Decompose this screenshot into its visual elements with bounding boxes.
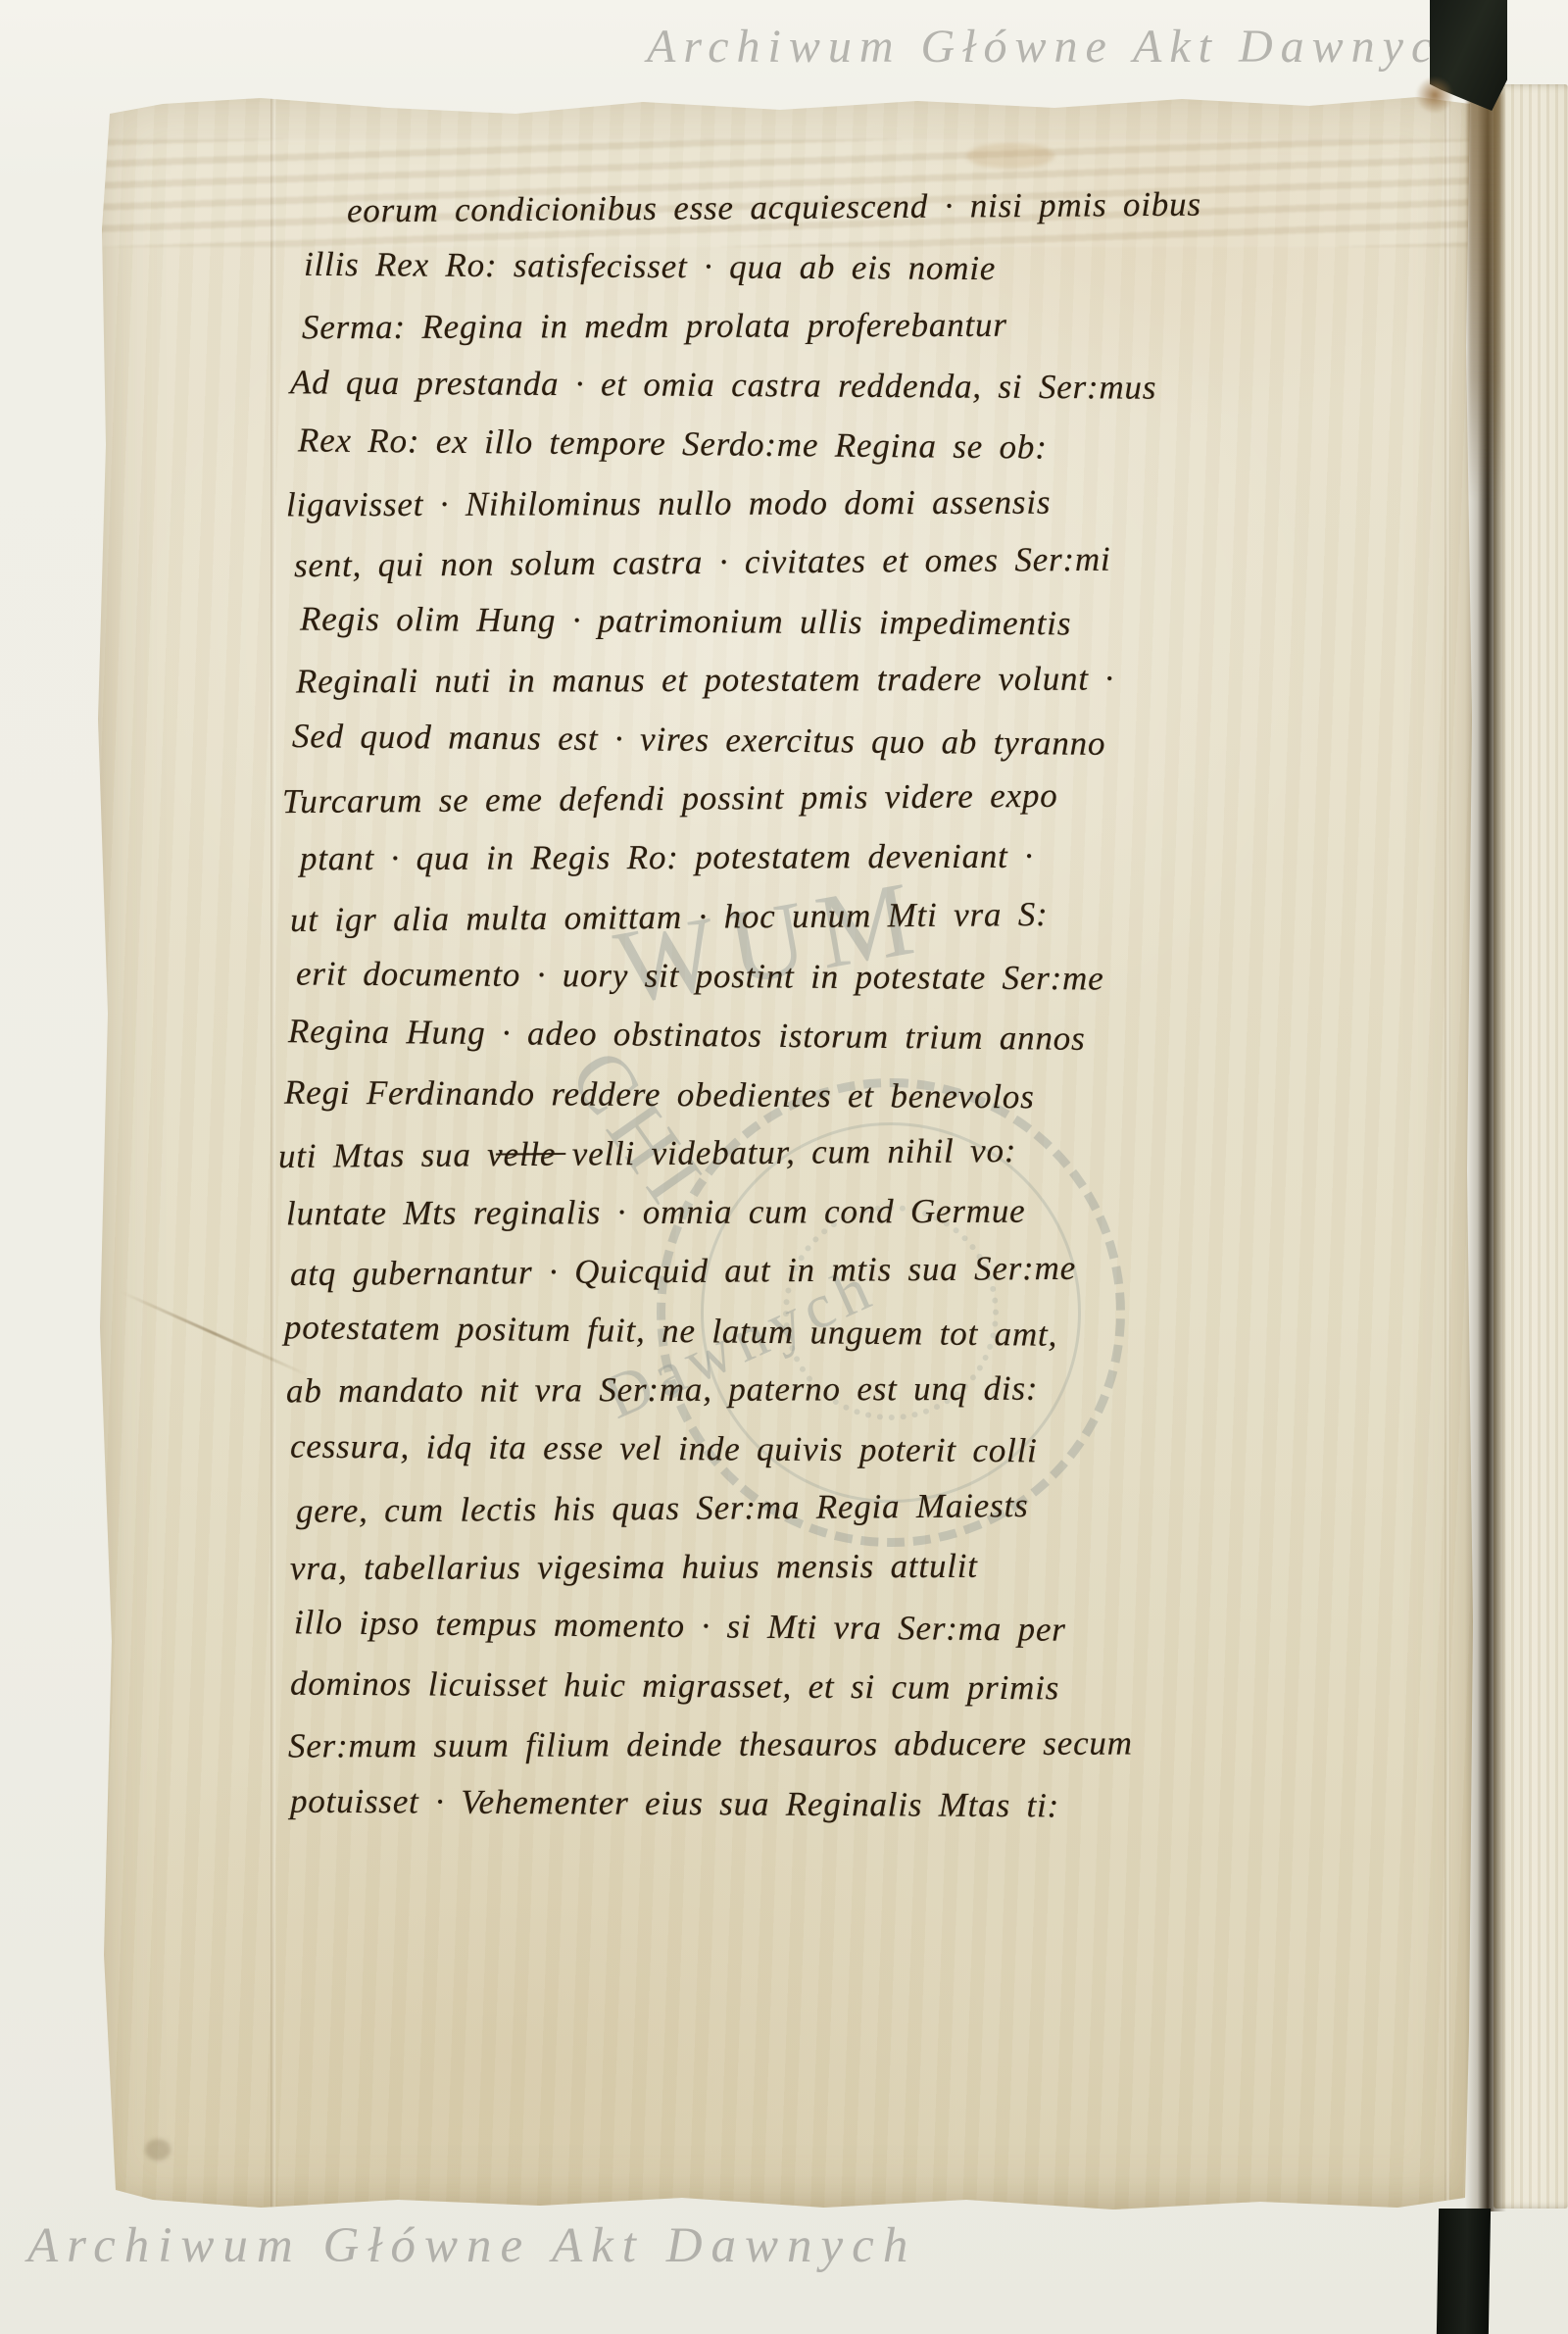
ribbon-glue-smudge	[1415, 76, 1454, 114]
manuscript-text-block: eorum condicionibus esse acquiescend · n…	[94, 92, 1476, 2217]
manuscript-line: Regis olim Hung · patrimonium ullis impe…	[300, 600, 1071, 644]
manuscript-line: eorum condicionibus esse acquiescend · n…	[347, 185, 1201, 231]
manuscript-line: ptant · qua in Regis Ro: potestatem deve…	[300, 837, 1034, 879]
manuscript-line: illis Rex Ro: satisfecisset · qua ab eis…	[304, 245, 996, 288]
manuscript-line: Ser:mum suum filium deinde thesauros abd…	[288, 1723, 1133, 1765]
manuscript-line: uti Mtas sua v̶e̶l̶l̶e̶ velli videbatur,…	[278, 1131, 1017, 1176]
manuscript-line: vra, tabellarius vigesima huius mensis a…	[290, 1547, 978, 1588]
manuscript-line: dominos licuisset huic migrasset, et si …	[290, 1664, 1059, 1708]
ink-stain	[1307, 86, 1329, 102]
manuscript-line: Regina Hung · adeo obstinatos istorum tr…	[288, 1012, 1086, 1059]
manuscript-line: Sed quod manus est · vires exercitus quo…	[292, 717, 1106, 764]
manuscript-line: sent, qui non solum castra · civitates e…	[294, 540, 1111, 586]
manuscript-line: Rex Ro: ex illo tempore Serdo:me Regina …	[298, 422, 1048, 468]
manuscript-line: Serma: Regina in medm prolata profereban…	[302, 305, 1007, 347]
manuscript-line: erit documento · uory sit postint in pot…	[296, 954, 1104, 998]
manuscript-line: potestatem positum fuit, ne latum unguem…	[284, 1308, 1057, 1355]
archive-watermark-bottom: Archiwum Główne Akt Dawnych	[27, 2217, 916, 2274]
manuscript-line: Regi Ferdinando reddere obedientes et be…	[284, 1072, 1035, 1117]
manuscript-line: atq gubernantur · Quicquid aut in mtis s…	[290, 1249, 1076, 1294]
manuscript-line: gere, cum lectis his quas Ser:ma Regia M…	[296, 1486, 1029, 1531]
manuscript-line: cessura, idq ita esse vel inde quivis po…	[290, 1427, 1038, 1471]
manuscript-line: ab mandato nit vra Ser:ma, paterno est u…	[286, 1369, 1038, 1412]
manuscript-line: illo ipso tempus momento · si Mti vra Se…	[294, 1603, 1066, 1650]
manuscript-page: WUM CHI Dawnych eorum condicionibus esse…	[94, 92, 1476, 2217]
manuscript-line: luntate Mts reginalis · omnia cum cond G…	[286, 1192, 1026, 1234]
spine-band-bottom	[1437, 2209, 1491, 2334]
manuscript-line: ligavisset · Nihilominus nullo modo domi…	[286, 482, 1051, 524]
manuscript-line: Ad qua prestanda · et omia castra redden…	[290, 363, 1156, 407]
manuscript-line: Turcarum se eme defendi possint pmis vid…	[282, 776, 1058, 821]
manuscript-line: Reginali nuti in manus et potestatem tra…	[296, 660, 1114, 702]
gutter-top-shading	[1468, 88, 1501, 500]
manuscript-line: ut igr alia multa omittam · hoc unum Mti…	[290, 895, 1049, 940]
archive-watermark-top: Archiwum Główne Akt Dawnych	[647, 20, 1471, 74]
manuscript-line: potuisset · Vehementer eius sua Reginali…	[290, 1782, 1059, 1826]
